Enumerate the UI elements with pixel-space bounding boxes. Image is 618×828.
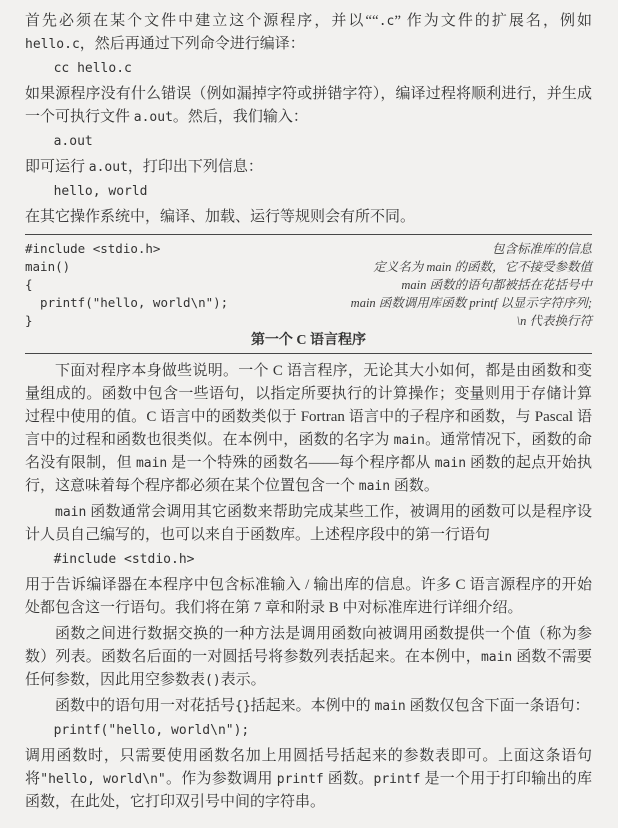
- listing-row: } \n 代表换行符: [25, 312, 592, 330]
- listing-annotation: 定义名为 main 的函数，它不接受参数值: [373, 259, 592, 276]
- text-segment: main: [394, 433, 425, 448]
- text-segment: {}: [235, 699, 251, 714]
- paragraph-discussion-5: 函数中的语句用一对花括号{}括起来。本例中的 main 函数仅包含下面一条语句：: [25, 695, 592, 718]
- paragraph-discussion-1: 下面对程序本身做些说明。一个 C 语言程序，无论其大小如何，都是由函数和变量组成…: [25, 360, 592, 498]
- book-page: 首先必须在某个文件中建立这个源程序，并以““.c” 作为文件的扩展名，例如 he…: [0, 0, 618, 828]
- paragraph-discussion-2: main 函数通常会调用其它函数来帮助完成某些工作，被调用的函数可以是程序设计人…: [25, 501, 592, 547]
- text-segment: 括起来。本例中的: [251, 698, 375, 714]
- text-segment: ” 作为文件的扩展名，例如: [394, 13, 592, 29]
- text-segment: (): [205, 673, 221, 688]
- text-segment: 首先必须在某个文件中建立这个源程序，并以““: [25, 13, 379, 29]
- text-segment: a.out: [89, 160, 128, 175]
- text-segment: 。然后，我们输入：: [173, 109, 308, 125]
- listing-row: { main 函数的语句都被括在花括号中: [25, 276, 592, 294]
- paragraph-discussion-6: 调用函数时，只需要使用函数名加上用圆括号括起来的参数表即可。上面这条语句将"he…: [25, 745, 592, 814]
- text-segment: printf: [277, 772, 324, 787]
- text-segment: .c: [379, 14, 395, 29]
- text-segment: 在其它操作系统中，编译、加载、运行等规则会有所不同。: [25, 209, 415, 225]
- paragraph-intro-4: 在其它操作系统中，编译、加载、运行等规则会有所不同。: [25, 206, 592, 229]
- text-segment: 表示。: [221, 672, 266, 688]
- listing-code: {: [25, 276, 33, 293]
- text-segment: main: [374, 699, 405, 714]
- text-segment: 。作为参数调用: [166, 771, 277, 787]
- text-segment: a.out: [134, 110, 173, 125]
- listing-code: #include <stdio.h>: [25, 240, 160, 257]
- text-segment: 函数。: [390, 478, 439, 494]
- listing-code: printf("hello, world\n");: [25, 294, 228, 311]
- text-segment: main: [359, 479, 390, 494]
- text-segment: ，然后再通过下列命令进行编译：: [80, 36, 305, 52]
- listing-row: printf("hello, world\n"); main 函数调用库函数 p…: [25, 294, 592, 312]
- text-segment: 函数。: [324, 771, 374, 787]
- text-segment: 即可运行: [25, 159, 89, 175]
- program-listing-figure: #include <stdio.h> 包含标准库的信息 main() 定义名为 …: [25, 234, 592, 354]
- figure-caption: 第一个 C 语言程序: [25, 332, 592, 350]
- text-segment: 是一个特殊的函数名——每个程序都从: [167, 455, 434, 471]
- listing-code: main(): [25, 258, 70, 275]
- paragraph-intro-1: 首先必须在某个文件中建立这个源程序，并以““.c” 作为文件的扩展名，例如 he…: [25, 10, 592, 56]
- listing-code: }: [25, 312, 33, 329]
- paragraph-discussion-4: 函数之间进行数据交换的一种方法是调用函数向被调用函数提供一个值（称为参数）列表。…: [25, 623, 592, 692]
- code-line-aout: a.out: [25, 133, 592, 151]
- text-segment: main: [435, 456, 466, 471]
- text-segment: printf: [374, 772, 421, 787]
- paragraph-intro-3: 即可运行 a.out，打印出下列信息：: [25, 156, 592, 179]
- code-line-cc-hello: cc hello.c: [25, 60, 592, 78]
- listing-annotation: 包含标准库的信息: [492, 241, 592, 258]
- paragraph-intro-2: 如果源程序没有什么错误（例如漏掉字符或拼错字符），编译过程将顺利进行，并生成一个…: [25, 83, 592, 129]
- text-segment: main: [55, 505, 86, 520]
- text-segment: main: [481, 650, 512, 665]
- paragraph-discussion-3: 用于告诉编译器在本程序中包含标准输入 / 输出库的信息。许多 C 语言源程序的开…: [25, 574, 592, 620]
- text-segment: 函数通常会调用其它函数来帮助完成某些工作，被调用的函数可以是程序设计人员自己编写…: [25, 504, 592, 543]
- listing-row: main() 定义名为 main 的函数，它不接受参数值: [25, 258, 592, 276]
- text-segment: hello.c: [25, 37, 80, 52]
- text-segment: ，打印出下列信息：: [128, 159, 263, 175]
- text-segment: main: [136, 456, 167, 471]
- text-segment: 函数中的语句用一对花括号: [55, 698, 235, 714]
- text-segment: "hello, world\n": [40, 772, 165, 787]
- code-line-include: #include <stdio.h>: [25, 551, 592, 569]
- text-segment: 如果源程序没有什么错误（例如漏掉字符或拼错字符），编译过程将顺利进行，并生成一个…: [25, 86, 592, 125]
- text-segment: 用于告诉编译器在本程序中包含标准输入 / 输出库的信息。许多 C 语言源程序的开…: [25, 577, 592, 616]
- listing-row: #include <stdio.h> 包含标准库的信息: [25, 240, 592, 258]
- listing-annotation: \n 代表换行符: [517, 313, 592, 330]
- code-line-printf: printf("hello, world\n");: [25, 722, 592, 740]
- listing-annotation: main 函数的语句都被括在花括号中: [401, 277, 592, 294]
- text-segment: 函数仅包含下面一条语句：: [406, 698, 590, 714]
- code-line-hello-world: hello, world: [25, 183, 592, 201]
- listing-annotation: main 函数调用库函数 printf 以显示字符序列;: [351, 295, 592, 312]
